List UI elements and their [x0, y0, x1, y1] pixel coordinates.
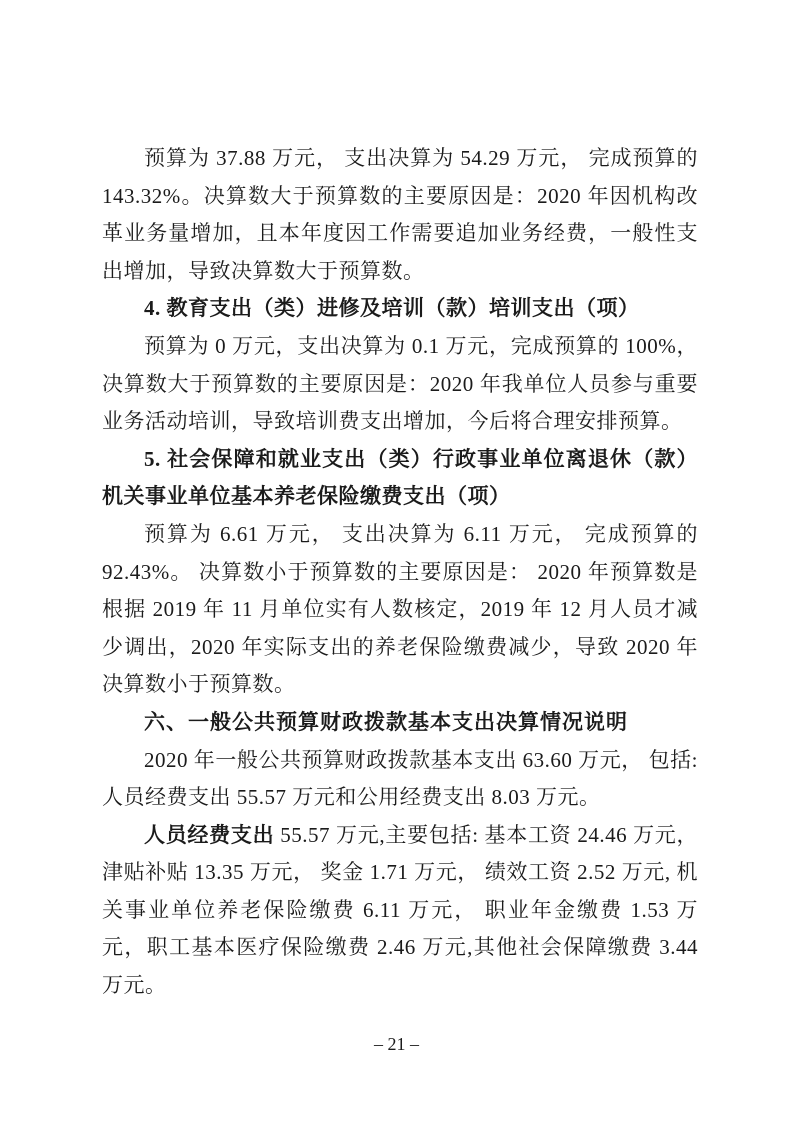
section-heading-six-basic-expenditure: 六、一般公共预算财政拨款基本支出决算情况说明 — [102, 704, 698, 742]
document-page: 预算为 37.88 万元， 支出决算为 54.29 万元， 完成预算的 143.… — [0, 0, 793, 1122]
section-heading-social-security-pension: 5. 社会保障和就业支出（类）行政事业单位离退休（款）机关事业单位基本养老保险缴… — [102, 441, 698, 516]
paragraph-budget-143: 预算为 37.88 万元， 支出决算为 54.29 万元， 完成预算的 143.… — [102, 140, 698, 290]
paragraph-basic-expenditure-total: 2020 年一般公共预算财政拨款基本支出 63.60 万元， 包括: 人员经费支… — [102, 742, 698, 817]
paragraph-budget-92: 预算为 6.61 万元， 支出决算为 6.11 万元， 完成预算的 92.43%… — [102, 516, 698, 704]
personnel-expense-lead-label: 人员经费支出 — [144, 823, 274, 847]
paragraph-personnel-expense: 人员经费支出 55.57 万元,主要包括: 基本工资 24.46 万元，津贴补贴… — [102, 817, 698, 1005]
paragraph-budget-100: 预算为 0 万元，支出决算为 0.1 万元，完成预算的 100%，决算数大于预算… — [102, 328, 698, 441]
page-number: – 21 – — [0, 1033, 793, 1055]
personnel-expense-detail-text: 55.57 万元,主要包括: 基本工资 24.46 万元，津贴补贴 13.35 … — [102, 823, 698, 997]
document-body: 预算为 37.88 万元， 支出决算为 54.29 万元， 完成预算的 143.… — [102, 140, 698, 1005]
section-heading-education-training: 4. 教育支出（类）进修及培训（款）培训支出（项） — [102, 290, 698, 328]
